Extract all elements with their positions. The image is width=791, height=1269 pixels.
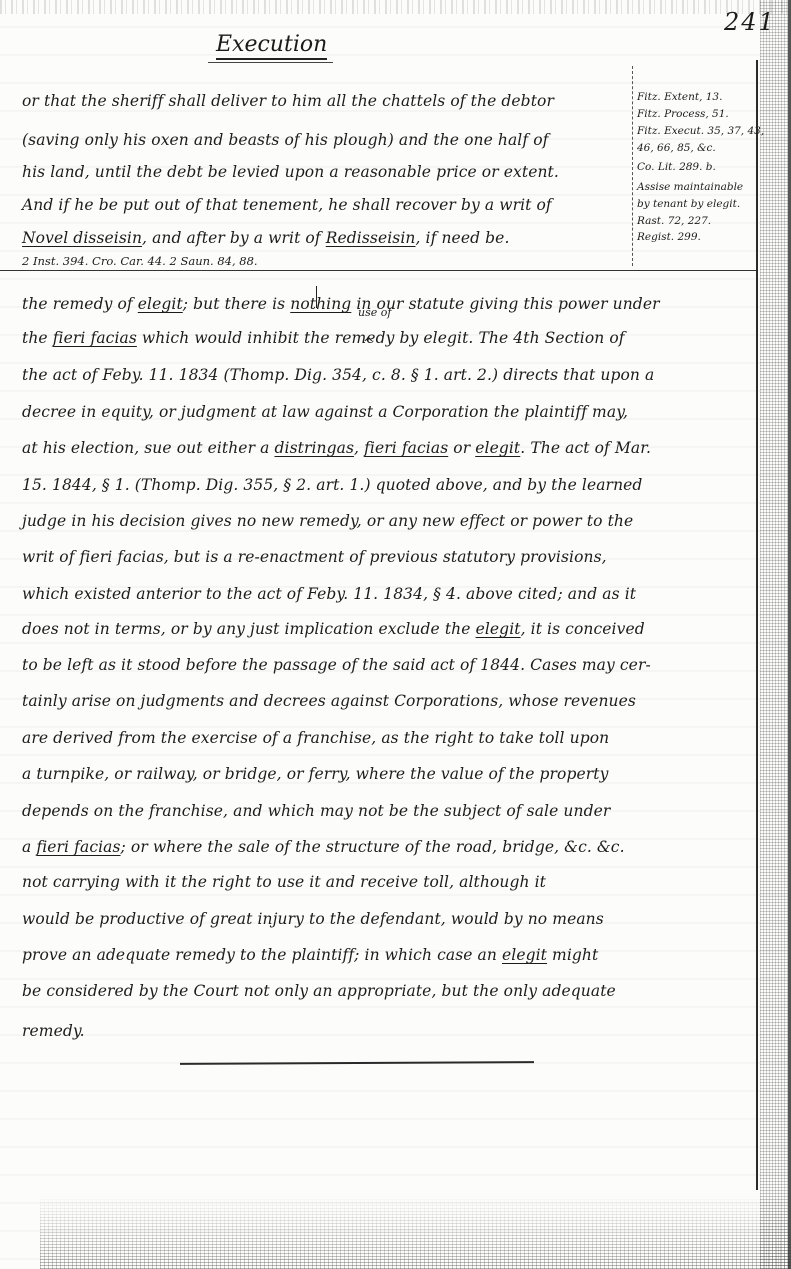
underlined-term: elegit [138, 295, 183, 313]
text-line: does not in terms, or by any just implic… [22, 620, 645, 638]
text-line: which existed anterior to the act of Feb… [22, 585, 636, 603]
text-line: to be left as it stood before the passag… [22, 656, 651, 674]
text-segment: his land, until the debt be levied upon … [22, 163, 559, 181]
end-of-text-rule [180, 1061, 534, 1065]
text-line: his land, until the debt be levied upon … [22, 163, 559, 181]
page-number: 241 [724, 8, 776, 36]
text-line: And if he be put out of that tenement, h… [22, 196, 552, 214]
text-line: remedy. [22, 1022, 85, 1040]
text-segment: not carrying with it the right to use it… [22, 873, 546, 891]
margin-note: Fitz. Process, 51. [637, 108, 729, 120]
text-segment: would be productive of great injury to t… [22, 910, 604, 928]
underlined-term: nothing [290, 295, 351, 313]
text-segment: in our statute giving this power under [351, 295, 659, 313]
text-segment: a turnpike, or railway, or bridge, or fe… [22, 765, 608, 783]
underlined-term: distringas [274, 439, 354, 457]
text-segment: (saving only his oxen and beasts of his … [22, 131, 549, 149]
scan-noise-top [0, 0, 791, 14]
margin-note: by tenant by elegit. [637, 198, 740, 210]
text-segment: be considered by the Court not only an a… [22, 982, 616, 1000]
margin-note: Regist. 299. [637, 231, 701, 243]
margin-note: Rast. 72, 227. [637, 215, 711, 227]
text-segment: ; or where the sale of the structure of … [121, 838, 625, 856]
margin-note: Co. Lit. 289. b. [637, 161, 716, 173]
text-line: judge in his decision gives no new remed… [22, 512, 633, 530]
text-segment: . The act of Mar. [520, 439, 651, 457]
underlined-term: Redisseisin [326, 229, 416, 247]
margin-note: Fitz. Extent, 13. [637, 91, 722, 103]
underlined-term: elegit [475, 439, 520, 457]
text-segment: , it is conceived [521, 620, 645, 638]
text-segment: 15. 1844, § 1. (Thomp. Dig. 355, § 2. ar… [22, 476, 642, 494]
text-line: writ of fieri facias, but is a re-enactm… [22, 548, 607, 566]
text-segment: the [22, 329, 53, 347]
text-segment: the remedy of [22, 295, 138, 313]
text-segment: tainly arise on judgments and decrees ag… [22, 692, 636, 710]
text-line: not carrying with it the right to use it… [22, 873, 546, 891]
margin-note-divider [632, 66, 634, 266]
underlined-term: fieri facias [36, 838, 120, 856]
text-segment: does not in terms, or by any just implic… [22, 620, 476, 638]
text-segment: ; but there is [183, 295, 290, 313]
text-line: are derived from the exercise of a franc… [22, 729, 609, 747]
text-line: tainly arise on judgments and decrees ag… [22, 692, 636, 710]
text-line: prove an adequate remedy to the plaintif… [22, 946, 598, 964]
text-segment: , [354, 439, 364, 457]
manuscript-page: 241 Execution or that the sheriff shall … [0, 0, 791, 1269]
right-margin-rule [756, 60, 758, 1190]
text-line: (saving only his oxen and beasts of his … [22, 131, 549, 149]
text-line: Novel disseisin, and after by a writ of … [22, 229, 509, 247]
underlined-term: fieri facias [53, 329, 137, 347]
scan-right-edge [760, 0, 791, 1269]
text-line: the act of Feby. 11. 1834 (Thomp. Dig. 3… [22, 366, 654, 384]
text-segment: are derived from the exercise of a franc… [22, 729, 609, 747]
text-segment: , if need be. [416, 229, 510, 247]
text-segment: or that the sheriff shall deliver to him… [22, 92, 554, 110]
text-line: the remedy of elegit; but there is nothi… [22, 295, 660, 313]
text-line: at his election, sue out either a distri… [22, 439, 651, 457]
text-line: be considered by the Court not only an a… [22, 982, 616, 1000]
text-line: a fieri facias; or where the sale of the… [22, 838, 625, 856]
underlined-term: elegit [502, 946, 547, 964]
scan-noise-bottom [40, 1195, 791, 1269]
text-segment: might [547, 946, 598, 964]
text-segment: at his election, sue out either a [22, 439, 274, 457]
text-segment: decree in equity, or judgment at law aga… [22, 403, 628, 421]
text-segment: , and after by a writ of [142, 229, 326, 247]
text-segment: or [448, 439, 475, 457]
margin-note: Assise maintainable [637, 181, 743, 193]
text-segment: which would inhibit the remedy by elegit… [137, 329, 625, 347]
text-segment: to be left as it stood before the passag… [22, 656, 651, 674]
text-segment: a [22, 838, 36, 856]
margin-note: Fitz. Execut. 35, 37, 43, [637, 125, 764, 137]
page-title: Execution [216, 32, 327, 60]
text-line: a turnpike, or railway, or bridge, or fe… [22, 765, 608, 783]
text-segment: the act of Feby. 11. 1834 (Thomp. Dig. 3… [22, 366, 654, 384]
text-line: would be productive of great injury to t… [22, 910, 604, 928]
text-line: decree in equity, or judgment at law aga… [22, 403, 628, 421]
text-segment: depends on the franchise, and which may … [22, 802, 610, 820]
underlined-term: fieri facias [364, 439, 448, 457]
underlined-term: elegit [476, 620, 521, 638]
text-segment: prove an adequate remedy to the plaintif… [22, 946, 502, 964]
margin-note: 46, 66, 85, &c. [637, 142, 716, 154]
text-line: the fieri facias which would inhibit the… [22, 329, 625, 347]
underlined-term: Novel disseisin [22, 229, 142, 247]
text-segment: And if he be put out of that tenement, h… [22, 196, 552, 214]
text-line: or that the sheriff shall deliver to him… [22, 92, 554, 110]
text-segment: remedy. [22, 1022, 85, 1040]
citation-line: 2 Inst. 394. Cro. Car. 44. 2 Saun. 84, 8… [22, 254, 258, 268]
text-line: depends on the franchise, and which may … [22, 802, 610, 820]
text-line: 15. 1844, § 1. (Thomp. Dig. 355, § 2. ar… [22, 476, 642, 494]
section-divider-rule [0, 270, 756, 271]
text-segment: which existed anterior to the act of Feb… [22, 585, 636, 603]
text-segment: judge in his decision gives no new remed… [22, 512, 633, 530]
text-segment: writ of fieri facias, but is a re-enactm… [22, 548, 607, 566]
